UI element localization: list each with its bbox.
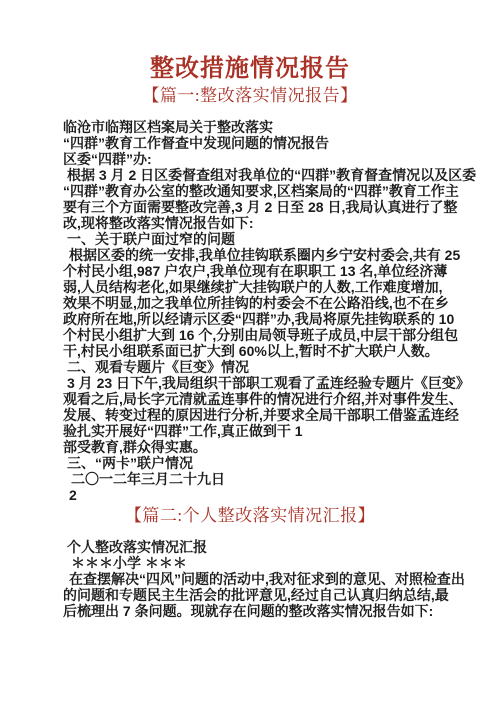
text-line: 改,现将整改落实情况报告如下: — [63, 215, 500, 231]
section-2-header: 【篇二:个人整改落实情况汇报】 — [0, 507, 500, 525]
text-line: 根据区委的统一安排,我单位挂钩联系圈内乡宁安村委会,共有 25 — [63, 247, 500, 263]
text-line: 政府所在地,所以经请示区委“四群”办,我局将原先挂钩联系的 10 — [63, 311, 500, 327]
date-line: 二〇一二年三月二十九日 — [63, 471, 500, 487]
text-line: 后梳理出 7 条问题。现就存在问题的整改落实情况报告如下: — [63, 603, 500, 619]
text-line: 一、关于联户面过窄的问题 — [63, 231, 500, 247]
document-title: 整改措施情况报告 — [0, 55, 500, 83]
text-line: 发展、转变过程的原因进行分析,并要求全局干部职工借鉴孟连经 — [63, 407, 500, 423]
text-line: ＊＊＊小学 ＊＊＊ — [63, 555, 500, 571]
text-line: 效果不明显,加之我单位所挂钩的村委会不在公路沿线,也不在乡 — [63, 295, 500, 311]
text-line: 区委“四群”办: — [63, 151, 500, 167]
text-line: 观看之后,局长字元清就孟连事件的情况进行介绍,并对事件发生、 — [63, 391, 500, 407]
text-line: 验扎实开展好“四群”工作,真正做到干 1 — [63, 423, 500, 439]
text-line: 三、“两卡”联户情况 — [63, 455, 500, 471]
text-line: 个村民小组扩大到 16 个,分别由局领导班子成员,中层干部分组包 — [63, 327, 500, 343]
page-number: 2 — [63, 487, 500, 503]
section-1-body: 临沧市临翔区档案局关于整改落实 “四群”教育工作督查中发现问题的情况报告 区委“… — [63, 119, 500, 503]
document-page: 整改措施情况报告 【篇一:整改落实情况报告】 临沧市临翔区档案局关于整改落实 “… — [0, 0, 500, 707]
section-2-body: 个人整改落实情况汇报 ＊＊＊小学 ＊＊＊ 在查摆解决“四风”问题的活动中,我对征… — [63, 539, 500, 619]
text-line: “四群”教育工作督查中发现问题的情况报告 — [63, 135, 500, 151]
text-line: 3 月 23 日下午,我局组织干部职工观看了孟连经验专题片《巨变》 — [63, 375, 500, 391]
text-line: 要有三个方面需要整改完善,3 月 2 日至 28 日,我局认真进行了整 — [63, 199, 500, 215]
text-line: 干,村民小组联系面已扩大到 60%以上,暂时不扩大联户人数。 — [63, 343, 500, 359]
text-line: 在查摆解决“四风”问题的活动中,我对征求到的意见、对照检查出 — [63, 571, 500, 587]
section-1-header: 【篇一:整改落实情况报告】 — [0, 87, 500, 105]
text-line: 弱,人员结构老化,如果继续扩大挂钩联户的人数,工作难度增加, — [63, 279, 500, 295]
text-line: 根据 3 月 2 日区委督查组对我单位的“四群”教育督查情况以及区委 — [63, 167, 500, 183]
text-line: “四群”教育办公室的整改通知要求,区档案局的“四群”教育工作主 — [63, 183, 500, 199]
text-line: 临沧市临翔区档案局关于整改落实 — [63, 119, 500, 135]
text-line: 的问题和专题民主生活会的批评意见,经过自己认真归纳总结,最 — [63, 587, 500, 603]
text-line: 个村民小组,987 户农户,我单位现有在职职工 13 名,单位经济薄 — [63, 263, 500, 279]
text-line: 个人整改落实情况汇报 — [63, 539, 500, 555]
text-line: 部受教育,群众得实惠。 — [63, 439, 500, 455]
text-line: 二、观看专题片《巨变》情况 — [63, 359, 500, 375]
